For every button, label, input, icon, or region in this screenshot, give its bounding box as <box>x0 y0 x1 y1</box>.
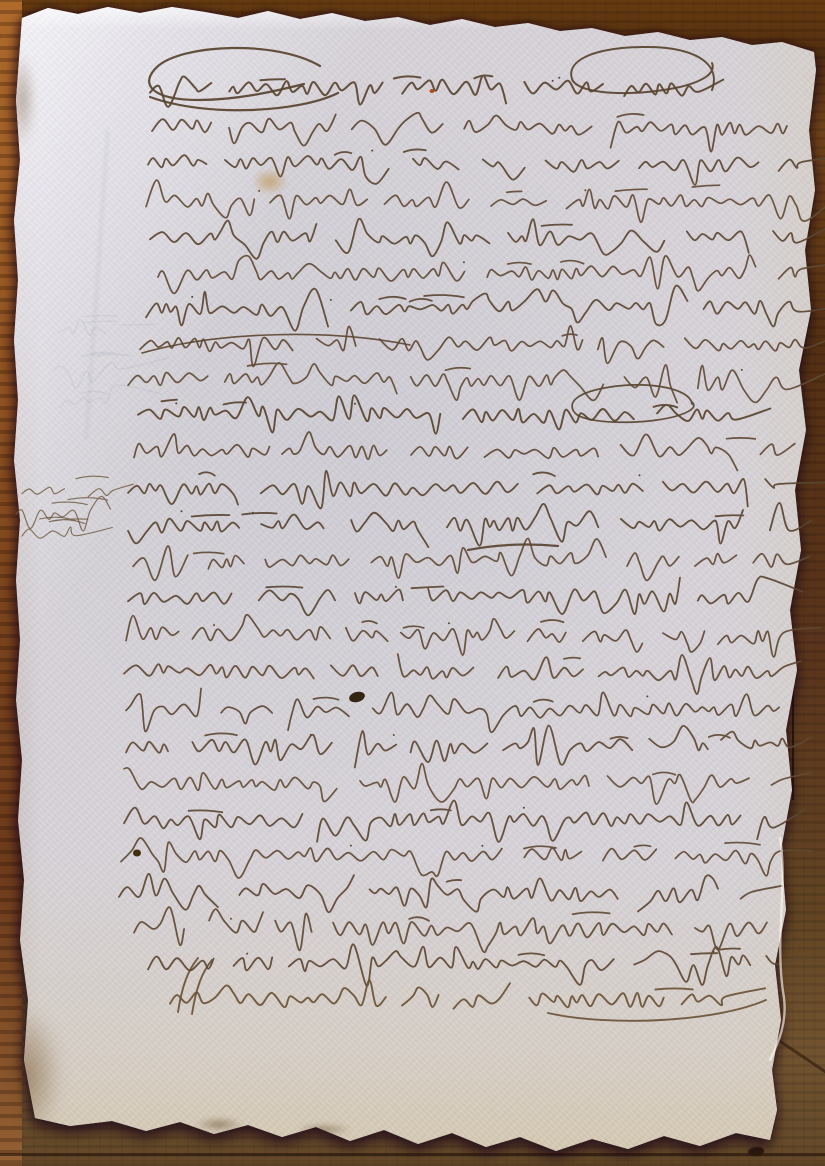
bottom-edge-smudge <box>298 1123 350 1136</box>
deckle-edge-highlight <box>0 0 825 30</box>
corner-fold-shadow <box>8 52 36 147</box>
bottom-left-corner-stain <box>0 1005 64 1145</box>
tan-stain <box>252 168 288 195</box>
paper-crease <box>85 130 109 439</box>
paper-shadow-wrapper <box>0 0 825 1166</box>
manuscript-paper-sheet <box>0 0 825 1166</box>
manuscript-photograph: Photograph of a 16th-century French nota… <box>0 0 825 1166</box>
bottom-edge-smudge <box>196 1117 242 1132</box>
